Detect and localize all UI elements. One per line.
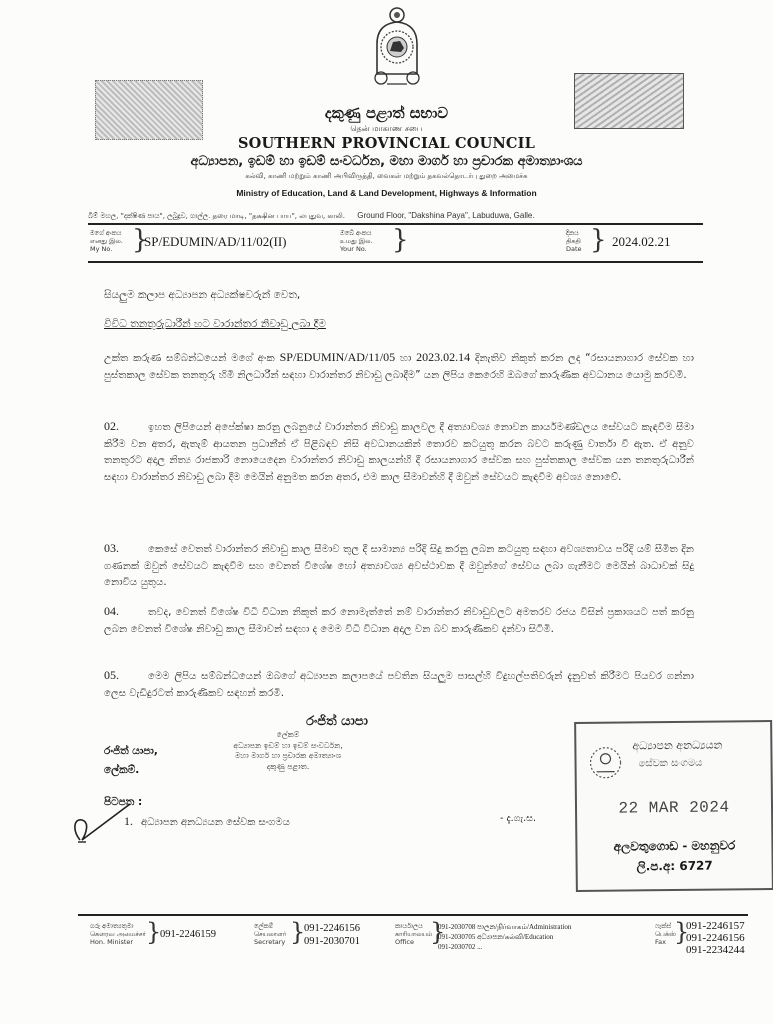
office-phones: 091-2030708 පාලන/நிர்வாகம்/Administratio… [438,922,571,952]
date-label: දිනයதிகதிDate [566,229,582,253]
office-label: කාර්යාලයகாரியாலயம்Office [395,922,432,946]
initials: - දැ.ගැ.ස. [500,813,536,824]
paragraph-03: 03.කෙසේ වෙතත් වාරාන්තර නිවාඩු කාල සීමාව … [104,540,694,592]
secretary-label: ලේකම්செயலாளர்Secretary [254,922,286,946]
sri-lanka-emblem-icon [367,4,427,92]
received-date: 22 MAR 2024 [577,798,771,818]
paragraph-05: 05.මෙම ලිපිය සම්බන්ධයෙන් ඔබගේ අධ්‍යාපන ක… [104,667,694,702]
signature-seal: ලේකම් අධ්‍යාපන ඉඩම් හා ඉඩම් සංවර්ධන, මහා… [215,730,361,772]
fax-phones: 091-2246157091-2246156091-2234244 [686,920,745,956]
signatory-title: ලේකම්. [104,761,158,780]
minister-phone: 091-2246159 [160,928,216,941]
stamp-place: අලවතුගොඩ - මහනුවර [577,838,771,855]
address-local: බිම් මහල, "දක්ෂිණ පාය", ලබුදූව, ගාල්ල. த… [88,212,345,220]
council-name-tamil: தென் மாகாண சபை [0,124,773,134]
minister-label: ගරු අමාත්‍යතුමාகௌரவ அமைச்சர்Hon. Ministe… [90,922,146,946]
stamp-registration: ලි.ප.අ: 6727 [578,858,772,875]
signatory: රංජිත් යාපා, ලේකම්. [104,742,158,780]
secretary-phones: 091-2246156091-2030701 [304,922,360,948]
paragraph-02: 02.ඉහත ලිපියෙන් අපේක්ෂා කරනු ලබනුයේ වාරා… [104,418,694,486]
footer-divider [78,914,748,916]
fax-label: ෆැක්ස්பெக்ஸ்Fax [655,922,676,946]
copy-recipient: 1.අධ්‍යාපන අනධ්‍යයන සේවක සංගමය [124,814,290,829]
letter-page: දකුණු පළාත් සභාව தென் மாகாண சபை SOUTHERN… [0,0,773,1024]
council-name-sinhala: දකුණු පළාත් සභාව [0,104,773,122]
ministry-name-sinhala: අධ්‍යාපන, ඉඩම් හා ඉඩම් සංවර්ධන, මහා මාර්… [0,154,773,169]
paragraph-04: 04.තවද, වෙනත් විශේෂ විධි විධාන නිකුත් කර… [104,603,694,638]
contact-footer: ගරු අමාත්‍යතුමාகௌரவ அமைச்சர்Hon. Ministe… [90,922,773,962]
your-no-label: ඔබේ අංකයஉமது இல.Your No. [340,229,373,253]
letter-date: 2024.02.21 [612,234,671,250]
union-logo-icon [586,742,624,782]
signatory-name: රංජිත් යාපා, [104,742,158,761]
received-stamp: අධ්‍යාපන අනධ්‍යයන සේවක සංගමය 22 MAR 2024… [574,720,773,892]
reference-divider [88,261,703,263]
my-reference-number: SP/EDUMIN/AD/11/02(II) [144,234,287,250]
salutation: සියලුම කලාප අධ්‍යාපන අධ්‍යක්ෂවරුන් වෙත, [104,289,300,302]
intro-paragraph: උක්ත කරුණ සම්බන්ධයෙන් මගේ අංක SP/EDUMIN/… [104,349,694,384]
address-english: Ground Floor, "Dakshina Paya", Labuduwa,… [357,211,534,220]
my-no-label: මගේ අංකයஎனது இல.My No. [90,229,123,253]
ministry-name-english: Ministry of Education, Land & Land Devel… [0,188,773,198]
letter-subject: විවිධ තනතුරුධාරීන් හට වාරාන්තර නිවාඩු ලබ… [104,318,326,331]
address-line: බිම් මහල, "දක්ෂිණ පාය", ලබුදූව, ගාල්ල. த… [88,211,698,221]
copies-label: පිටපත : [104,796,142,809]
council-name-english: SOUTHERN PROVINCIAL COUNCIL [0,135,773,152]
ministry-name-tamil: கல்வி, காணி மற்றும் காணி அபிவிருத்தி, வை… [0,172,773,181]
reference-row: මගේ අංකයஎனது இல.My No. } SP/EDUMIN/AD/11… [88,226,708,260]
handwritten-signature: රංජිත් යාපා [262,714,412,729]
